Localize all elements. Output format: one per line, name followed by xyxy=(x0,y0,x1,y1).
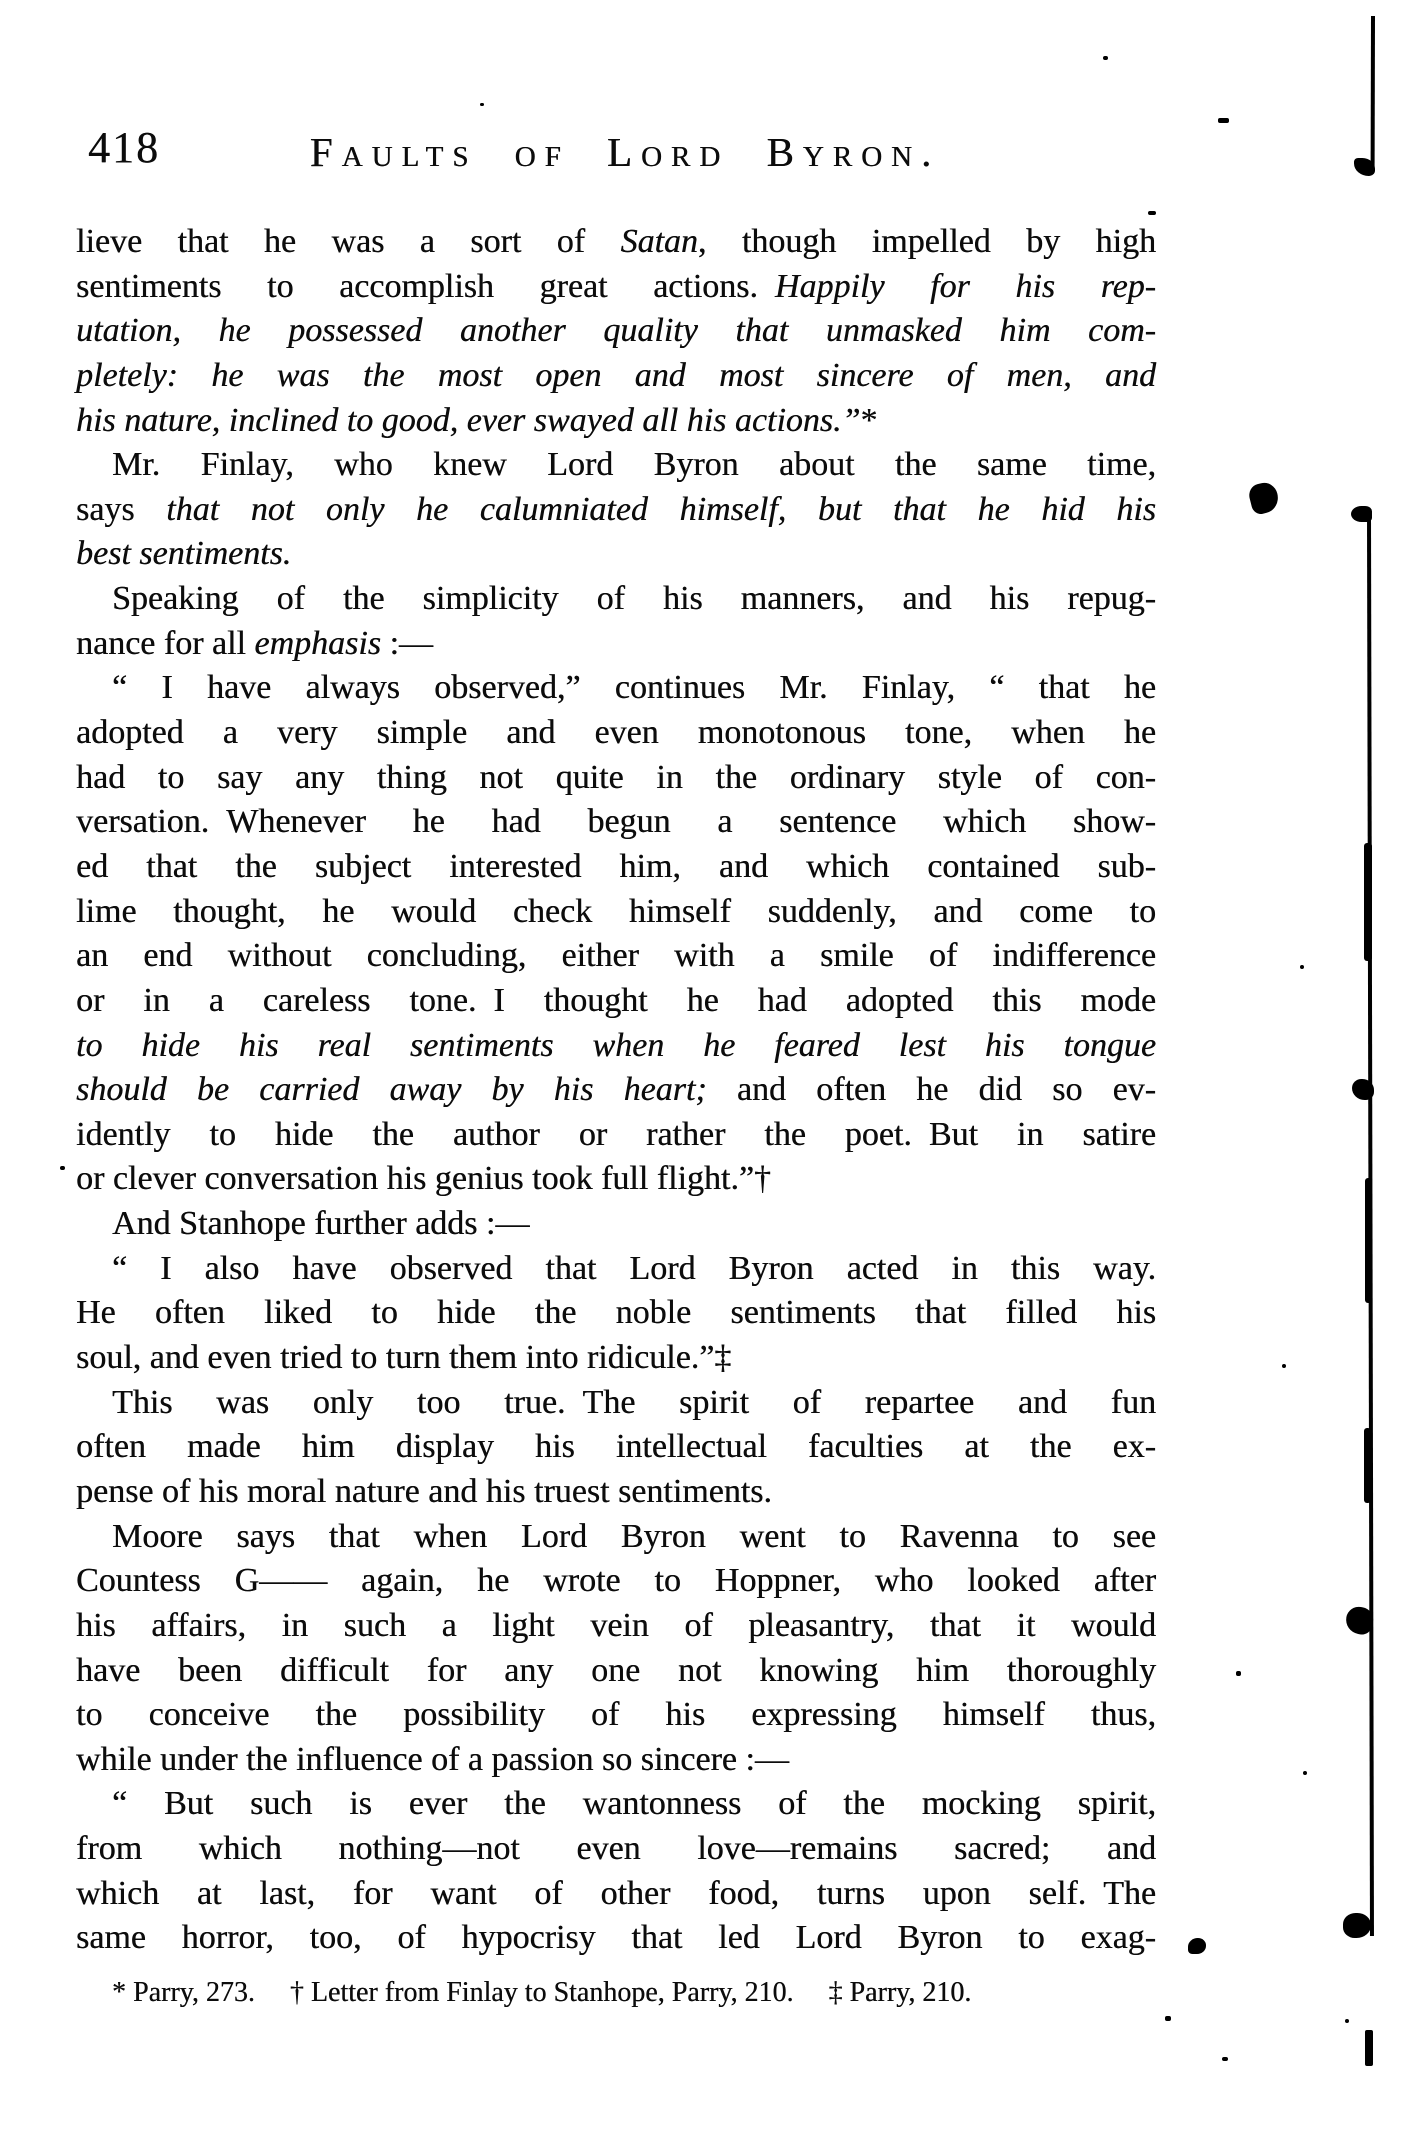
text-segment: “ But such is ever the wantonness of the… xyxy=(112,1785,1156,1822)
text-line: his nature, inclined to good, ever swaye… xyxy=(76,399,1156,444)
text-segment: This was only too true. The spirit of re… xyxy=(112,1384,1156,1421)
text-segment: ed that the subject interested him, and … xyxy=(76,848,1156,885)
text-segment: And Stanhope further adds :— xyxy=(112,1205,529,1242)
text-line: sentiments to accomplish great actions. … xyxy=(76,265,1156,310)
text-line: Speaking of the simplicity of his manner… xyxy=(76,577,1156,622)
text-segment: same horror, too, of hypocrisy that led … xyxy=(76,1919,1156,1956)
ink-speck-artifact xyxy=(1345,2019,1349,2023)
text-segment: soul, and even tried to turn them into r… xyxy=(76,1339,731,1376)
text-segment: He often liked to hide the noble sentime… xyxy=(76,1294,1156,1331)
text-line: or in a careless tone. I thought he had … xyxy=(76,979,1156,1024)
text-line: “ I have always observed,” continues Mr.… xyxy=(76,666,1156,711)
text-segment: had to say any thing not quite in the or… xyxy=(76,759,1156,796)
footnote: * Parry, 273. † Letter from Finlay to St… xyxy=(76,1976,1156,2010)
text-line: Countess G—— again, he wrote to Hoppner,… xyxy=(76,1559,1156,1604)
text-segment: pense of his moral nature and his truest… xyxy=(76,1473,772,1510)
binding-line-artifact-top xyxy=(1371,16,1375,166)
text-segment: Mr. Finlay, who knew Lord Byron about th… xyxy=(112,446,1156,483)
text-line: “ But such is ever the wantonness of the… xyxy=(76,1782,1156,1827)
text-line: or clever conversation his genius took f… xyxy=(76,1157,1156,1202)
ink-speck-artifact xyxy=(1148,211,1156,215)
text-line: adopted a very simple and even monotonou… xyxy=(76,711,1156,756)
text-line: soul, and even tried to turn them into r… xyxy=(76,1336,1156,1381)
text-line: He often liked to hide the noble sentime… xyxy=(76,1291,1156,1336)
text-line: same horror, too, of hypocrisy that led … xyxy=(76,1916,1156,1961)
text-line: should be carried away by his heart; and… xyxy=(76,1068,1156,1113)
italic-text-segment: Happily for his rep- xyxy=(775,268,1156,305)
text-segment: from which nothing—not even love—remains… xyxy=(76,1830,1156,1867)
text-line: idently to hide the author or rather the… xyxy=(76,1113,1156,1158)
ink-speck-artifact xyxy=(1303,1771,1307,1775)
ink-speck-artifact xyxy=(1282,1364,1286,1368)
ink-blob-artifact xyxy=(1352,1079,1374,1100)
text-line: pletely: he was the most open and most s… xyxy=(76,354,1156,399)
ink-blob-artifact xyxy=(1247,480,1281,516)
page-body-text: lieve that he was a sort of Satan, thoug… xyxy=(76,220,1156,1961)
text-line: And Stanhope further adds :— xyxy=(76,1202,1156,1247)
ink-speck-artifact xyxy=(1236,1671,1241,1676)
italic-text-segment: best sentiments. xyxy=(76,535,291,572)
text-line: from which nothing—not even love—remains… xyxy=(76,1827,1156,1872)
binding-line-thick-artifact xyxy=(1364,843,1372,961)
text-line: Moore says that when Lord Byron went to … xyxy=(76,1515,1156,1560)
ink-speck-artifact xyxy=(1222,2057,1228,2061)
italic-text-segment: should be carried away by his heart; xyxy=(76,1071,707,1108)
ink-blob-artifact xyxy=(1188,1938,1206,1954)
text-line: versation. Whenever he had begun a sente… xyxy=(76,800,1156,845)
text-segment: :— xyxy=(381,625,433,662)
text-line: to conceive the possibility of his expre… xyxy=(76,1693,1156,1738)
text-line: nance for all emphasis :— xyxy=(76,622,1156,667)
text-segment: lieve that he was a sort of xyxy=(76,223,620,260)
text-line: best sentiments. xyxy=(76,532,1156,577)
text-segment: sentiments to accomplish great actions. xyxy=(76,268,775,305)
text-line: had to say any thing not quite in the or… xyxy=(76,756,1156,801)
text-segment: “ I have always observed,” continues Mr.… xyxy=(112,669,1156,706)
text-segment: Moore says that when Lord Byron went to … xyxy=(112,1518,1156,1555)
text-line: ed that the subject interested him, and … xyxy=(76,845,1156,890)
text-segment: idently to hide the author or rather the… xyxy=(76,1116,1156,1153)
text-segment: * xyxy=(860,402,877,439)
text-line: says that not only he calumniated himsel… xyxy=(76,488,1156,533)
text-line: lieve that he was a sort of Satan, thoug… xyxy=(76,220,1156,265)
italic-text-segment: pletely: he was the most open and most s… xyxy=(76,357,1156,394)
text-segment: often made him display his intellectual … xyxy=(76,1428,1156,1465)
italic-text-segment: emphasis xyxy=(254,625,381,662)
text-line: have been difficult for any one not know… xyxy=(76,1649,1156,1694)
text-line: Mr. Finlay, who knew Lord Byron about th… xyxy=(76,443,1156,488)
text-line: lime thought, he would check himself sud… xyxy=(76,890,1156,935)
text-line: often made him display his intellectual … xyxy=(76,1425,1156,1470)
binding-line-artifact-bottom xyxy=(1365,2030,1373,2066)
text-segment: says xyxy=(76,491,166,528)
text-segment: nance for all xyxy=(76,625,254,662)
text-line: “ I also have observed that Lord Byron a… xyxy=(76,1247,1156,1292)
italic-text-segment: utation, he possessed another quality th… xyxy=(76,312,1156,349)
text-line: to hide his real sentiments when he fear… xyxy=(76,1024,1156,1069)
text-line: utation, he possessed another quality th… xyxy=(76,309,1156,354)
text-line: which at last, for want of other food, t… xyxy=(76,1872,1156,1917)
text-segment: while under the influence of a passion s… xyxy=(76,1741,789,1778)
text-segment: Countess G—— again, he wrote to Hoppner,… xyxy=(76,1562,1156,1599)
italic-text-segment: his nature, inclined to good, ever swaye… xyxy=(76,402,860,439)
ink-blob-artifact xyxy=(1343,1913,1371,1938)
text-segment: versation. Whenever he had begun a sente… xyxy=(76,803,1156,840)
ink-speck-artifact xyxy=(480,103,484,106)
text-segment: or in a careless tone. I thought he had … xyxy=(76,982,1156,1019)
text-line: This was only too true. The spirit of re… xyxy=(76,1381,1156,1426)
ink-speck-artifact xyxy=(1165,2016,1171,2021)
text-line: while under the influence of a passion s… xyxy=(76,1738,1156,1783)
italic-text-segment: Satan xyxy=(620,223,697,260)
ink-hook-artifact xyxy=(1354,158,1375,176)
text-segment: adopted a very simple and even monotonou… xyxy=(76,714,1156,751)
ink-speck-artifact xyxy=(60,1166,65,1170)
binding-line-thick-artifact xyxy=(1365,1178,1372,1303)
text-segment: and often he did so ev- xyxy=(707,1071,1156,1108)
running-header-title: Faults of Lord Byron. xyxy=(76,128,1156,176)
text-segment: which at last, for want of other food, t… xyxy=(76,1875,1156,1912)
text-segment: have been difficult for any one not know… xyxy=(76,1652,1156,1689)
italic-text-segment: that not only he calumniated himself, bu… xyxy=(166,491,1156,528)
text-line: his affairs, in such a light vein of ple… xyxy=(76,1604,1156,1649)
text-segment: or clever conversation his genius took f… xyxy=(76,1160,771,1197)
ink-speck-artifact xyxy=(1300,965,1304,969)
text-segment: Speaking of the simplicity of his manner… xyxy=(112,580,1156,617)
text-segment: an end without concluding, either with a… xyxy=(76,937,1156,974)
book-page-scan: 418 Faults of Lord Byron. lieve that he … xyxy=(0,0,1409,2149)
text-line: an end without concluding, either with a… xyxy=(76,934,1156,979)
text-line: pense of his moral nature and his truest… xyxy=(76,1470,1156,1515)
ink-dash-artifact xyxy=(1218,118,1229,123)
text-segment: to conceive the possibility of his expre… xyxy=(76,1696,1156,1733)
text-segment: , though impelled by high xyxy=(698,223,1156,260)
text-segment: his affairs, in such a light vein of ple… xyxy=(76,1607,1156,1644)
text-segment: “ I also have observed that Lord Byron a… xyxy=(112,1250,1156,1287)
text-segment: lime thought, he would check himself sud… xyxy=(76,893,1156,930)
italic-text-segment: to hide his real sentiments when he fear… xyxy=(76,1027,1156,1064)
ink-speck-artifact xyxy=(1103,56,1108,60)
binding-line-thick-artifact xyxy=(1364,1428,1371,1503)
